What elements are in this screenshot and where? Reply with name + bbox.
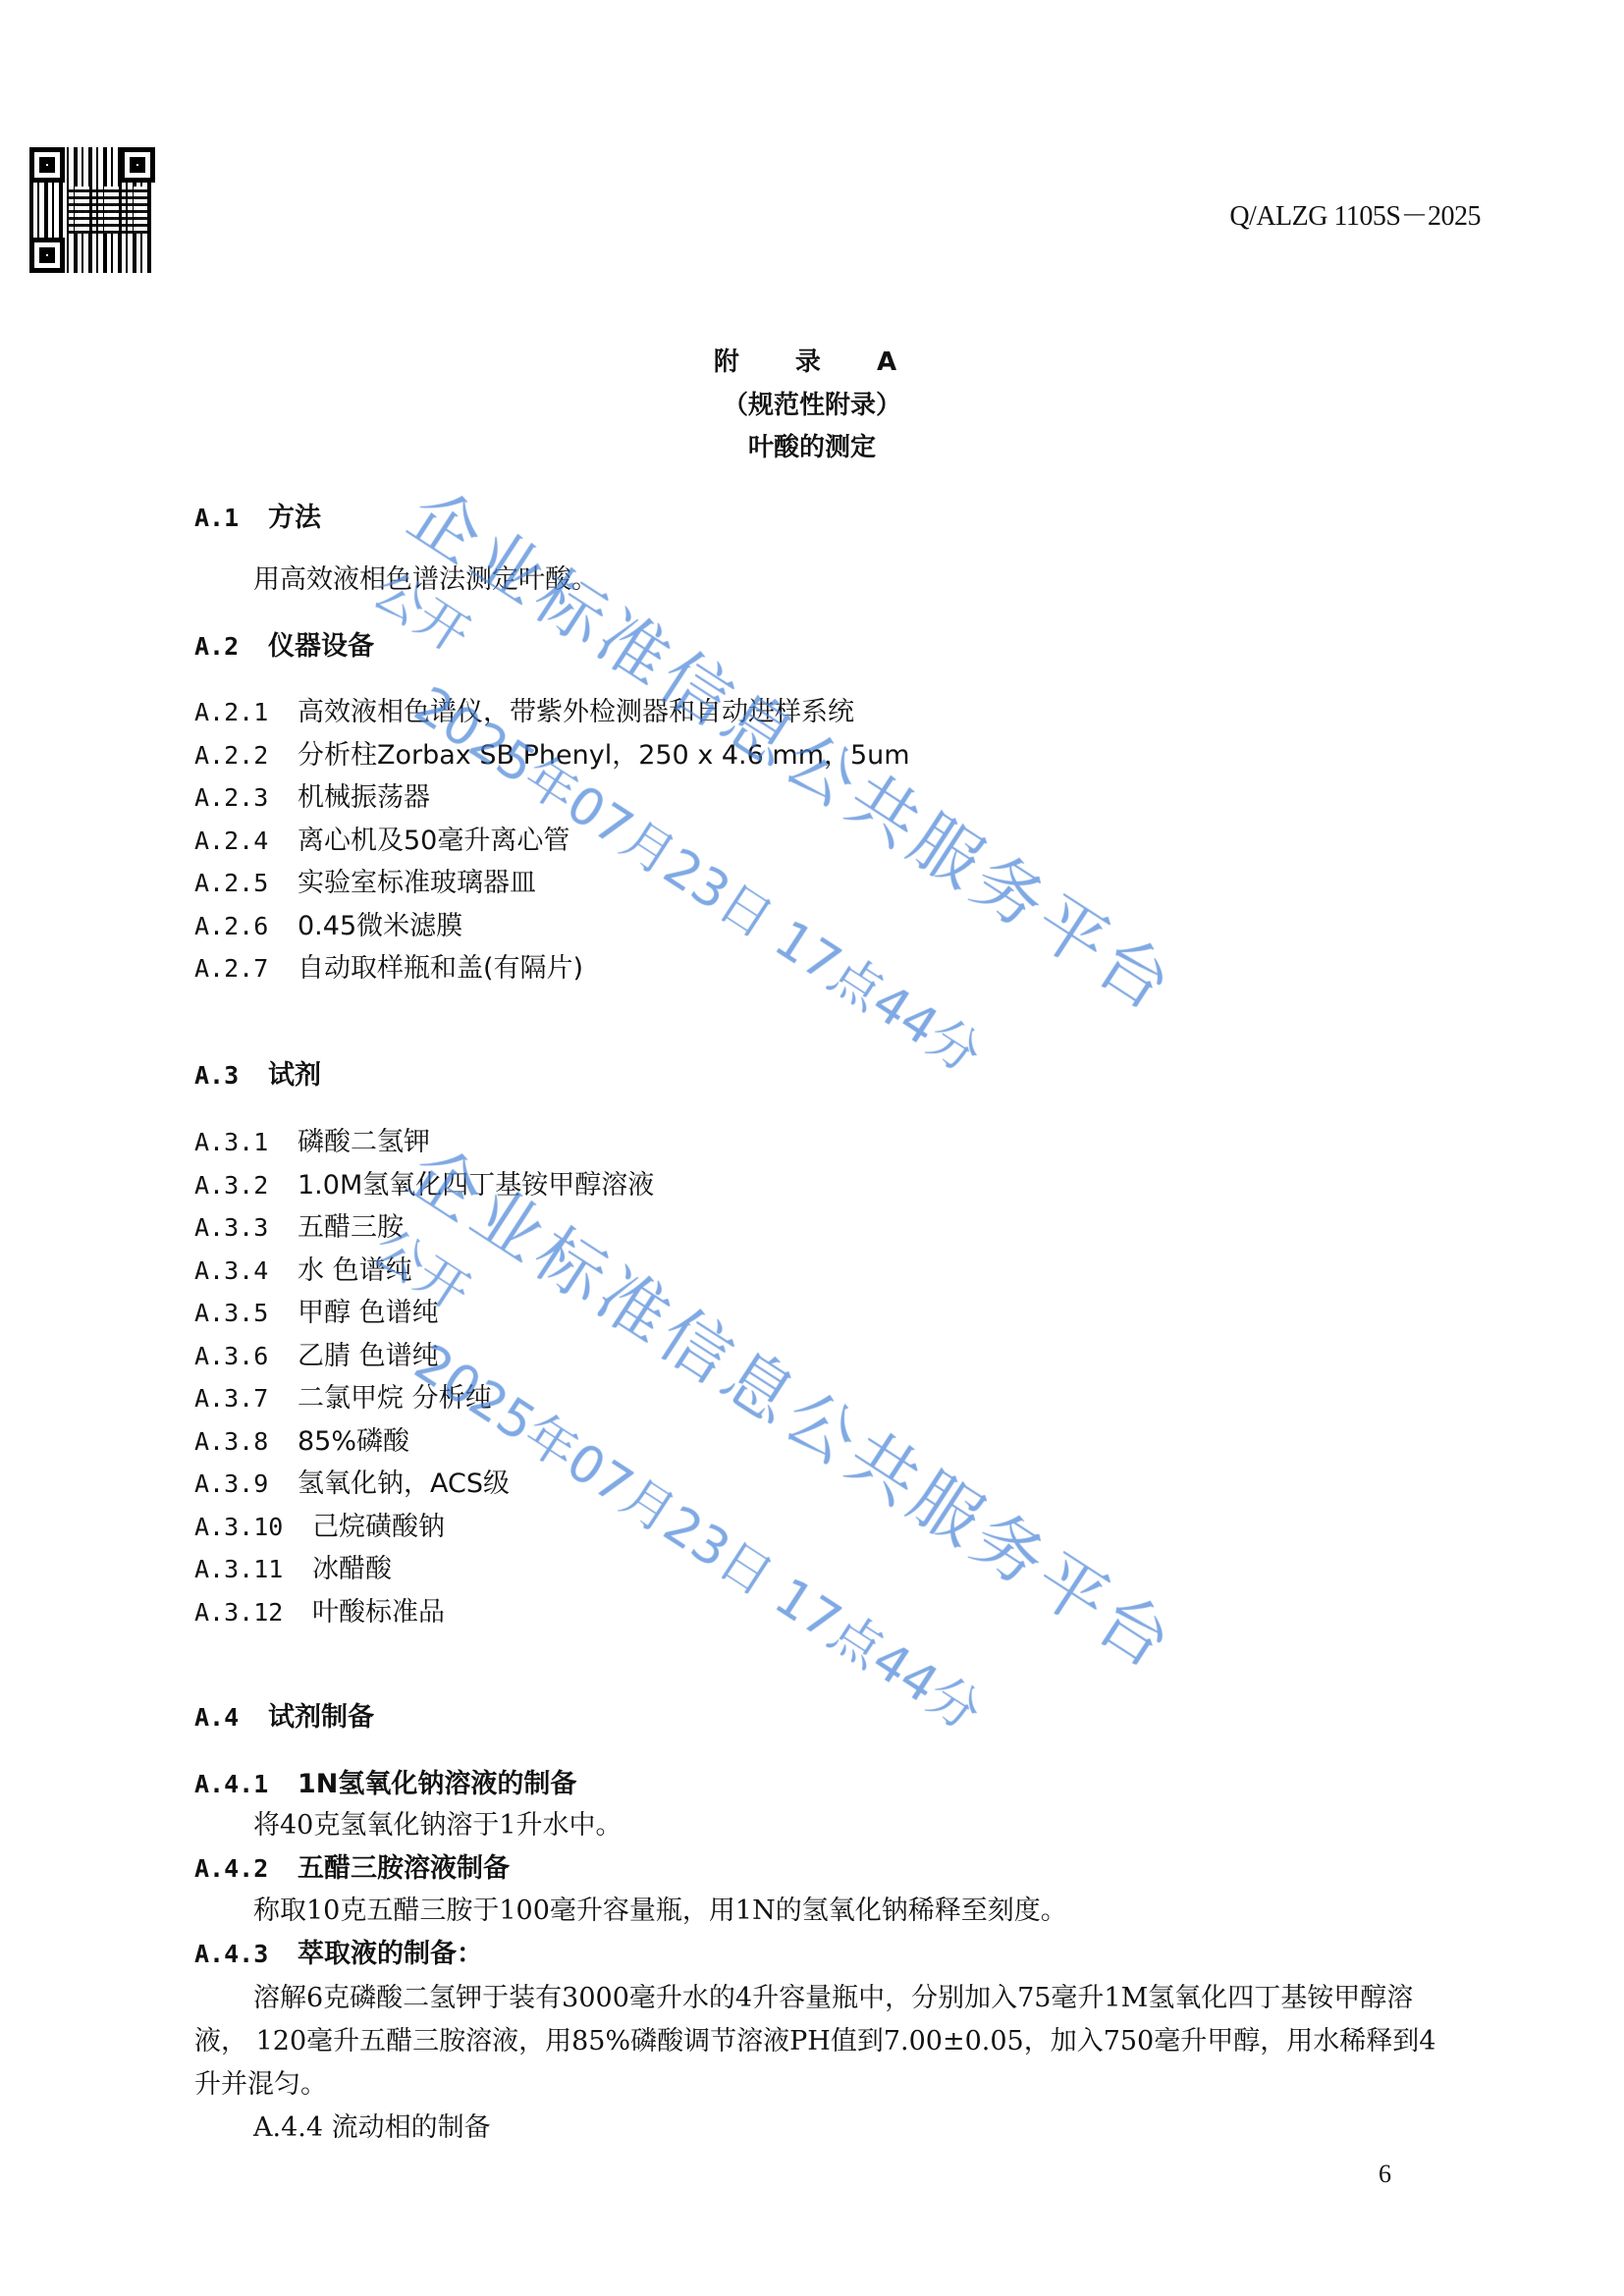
qr-modules <box>69 187 147 234</box>
item-number: A.2.1 <box>194 698 298 726</box>
item-text: 冰醋酸 <box>312 1554 392 1584</box>
list-item: A.3.885%磷酸 <box>194 1419 409 1458</box>
item-text: 实验室标准玻璃器皿 <box>298 868 536 898</box>
paragraph-line: 升并混匀。 <box>194 2062 327 2101</box>
section-number: A.2 <box>194 632 268 661</box>
section-heading-a4: A.4试剂制备 <box>194 1695 374 1734</box>
list-item: A.3.1磷酸二氢钾 <box>194 1120 430 1158</box>
subsection-body-a42: 称取10克五醋三胺于100毫升容量瓶，用1N的氢氧化钠稀释至刻度。 <box>253 1889 1067 1927</box>
watermark-line: 企业标准信息公共服务平台 <box>393 1119 1198 1689</box>
item-number: A.2.5 <box>194 869 298 897</box>
subsection-title: 萃取液的制备： <box>298 1939 483 1969</box>
subsection-body-a41: 将40克氢氧化钠溶于1升水中。 <box>253 1803 623 1842</box>
list-item: A.2.2分析柱Zorbax SB Phenyl，250 x 4.6 mm，5u… <box>194 733 910 772</box>
section-title: 试剂 <box>268 1060 321 1091</box>
item-number: A.3.2 <box>194 1171 298 1200</box>
list-item: A.2.3机械振荡器 <box>194 775 430 814</box>
item-text: 氢氧化钠，ACS级 <box>298 1468 510 1499</box>
list-item: A.2.1高效液相色谱仪，带紫外检测器和自动进样系统 <box>194 690 854 728</box>
item-text: 85%磷酸 <box>298 1426 409 1457</box>
list-item: A.3.6乙腈 色谱纯 <box>194 1334 439 1372</box>
section-title: 方法 <box>268 503 321 533</box>
item-text: 离心机及50毫升离心管 <box>298 826 569 856</box>
list-item: A.3.9氢氧化钠，ACS级 <box>194 1462 510 1500</box>
subsection-number: A.4.1 <box>194 1770 298 1798</box>
list-item: A.2.7自动取样瓶和盖(有隔片) <box>194 946 583 985</box>
item-text: 0.45微米滤膜 <box>298 911 462 941</box>
item-number: A.2.2 <box>194 741 298 770</box>
list-item: A.2.4离心机及50毫升离心管 <box>194 819 569 857</box>
qr-finder-pattern <box>120 147 155 183</box>
item-number: A.3.9 <box>194 1469 298 1498</box>
section-title: 试剂制备 <box>268 1702 374 1733</box>
list-item: A.3.10己烷磺酸钠 <box>194 1505 445 1543</box>
item-number: A.3.1 <box>194 1128 298 1156</box>
subsection-heading-a43: A.4.3萃取液的制备： <box>194 1932 483 1970</box>
document-page: Q/ALZG 1105S－2025 附 录 A （规范性附录） 叶酸的测定 A.… <box>0 0 1624 2296</box>
subsection-heading-a42: A.4.2五醋三胺溶液制备 <box>194 1846 510 1885</box>
list-item: A.3.4水 色谱纯 <box>194 1249 412 1287</box>
item-number: A.3.7 <box>194 1384 298 1413</box>
paragraph-line: 溶解6克磷酸二氢钾于装有3000毫升水的4升容量瓶中，分别加入75毫升1M氢氧化… <box>253 1976 1413 2014</box>
item-text: 高效液相色谱仪，带紫外检测器和自动进样系统 <box>298 697 854 727</box>
appendix-title: 附 录 A <box>0 342 1624 378</box>
section-heading-a2: A.2仪器设备 <box>194 624 374 663</box>
item-number: A.3.4 <box>194 1256 298 1285</box>
subsection-title: 五醋三胺溶液制备 <box>298 1853 510 1884</box>
item-text: 自动取样瓶和盖(有隔片) <box>298 953 583 984</box>
list-item: A.2.60.45微米滤膜 <box>194 904 462 942</box>
watermark-line: 2025年07月23日 17点44分 <box>404 1323 1104 1814</box>
list-item: A.3.7二氯甲烷 分析纯 <box>194 1376 492 1415</box>
item-number: A.2.7 <box>194 954 298 983</box>
item-text: 机械振荡器 <box>298 782 430 813</box>
page-number: 6 <box>1379 2160 1391 2189</box>
item-number: A.3.11 <box>194 1555 312 1583</box>
section-number: A.3 <box>194 1061 268 1090</box>
item-text: 五醋三胺 <box>298 1212 404 1243</box>
paragraph-line: 液， 120毫升五醋三胺溶液，用85%磷酸调节溶液PH值到7.00±0.05，加… <box>194 2019 1435 2057</box>
item-number: A.3.6 <box>194 1342 298 1370</box>
list-item: A.3.21.0M氢氧化四丁基铵甲醇溶液 <box>194 1163 654 1201</box>
item-number: A.3.3 <box>194 1213 298 1242</box>
section-title: 仪器设备 <box>268 631 374 662</box>
item-number: A.2.6 <box>194 912 298 940</box>
subsection-heading-a44: A.4.4 流动相的制备 <box>253 2106 491 2144</box>
subsection-heading-a41: A.4.11N氢氧化钠溶液的制备 <box>194 1762 576 1800</box>
item-number: A.2.3 <box>194 783 298 812</box>
subsection-title: 1N氢氧化钠溶液的制备 <box>298 1769 576 1799</box>
list-item: A.3.11冰醋酸 <box>194 1547 392 1585</box>
item-text: 水 色谱纯 <box>298 1255 412 1286</box>
item-text: 1.0M氢氧化四丁基铵甲醇溶液 <box>298 1170 654 1201</box>
item-text: 二氯甲烷 分析纯 <box>298 1383 492 1414</box>
item-text: 叶酸标准品 <box>312 1597 445 1628</box>
appendix-type: （规范性附录） <box>0 385 1624 421</box>
item-number: A.3.8 <box>194 1427 298 1456</box>
section-heading-a1: A.1方法 <box>194 496 321 534</box>
qr-code <box>29 147 155 273</box>
list-item: A.2.5实验室标准玻璃器皿 <box>194 861 536 899</box>
item-text: 分析柱Zorbax SB Phenyl，250 x 4.6 mm，5um <box>298 740 910 771</box>
subsection-number: A.4.3 <box>194 1940 298 1968</box>
list-item: A.3.12叶酸标准品 <box>194 1590 445 1629</box>
item-text: 甲醇 色谱纯 <box>298 1298 439 1328</box>
item-number: A.3.10 <box>194 1513 312 1541</box>
item-number: A.2.4 <box>194 827 298 855</box>
section-number: A.4 <box>194 1703 268 1732</box>
item-text: 磷酸二氢钾 <box>298 1127 430 1157</box>
item-number: A.3.5 <box>194 1299 298 1327</box>
subsection-number: A.4.2 <box>194 1854 298 1883</box>
item-number: A.3.12 <box>194 1598 312 1627</box>
standard-code: Q/ALZG 1105S－2025 <box>1229 194 1481 234</box>
list-item: A.3.5甲醇 色谱纯 <box>194 1291 439 1329</box>
item-text: 己烷磺酸钠 <box>312 1512 445 1542</box>
list-item: A.3.3五醋三胺 <box>194 1205 404 1244</box>
section-heading-a3: A.3试剂 <box>194 1053 321 1092</box>
section-number: A.1 <box>194 504 268 532</box>
appendix-subject: 叶酸的测定 <box>0 427 1624 463</box>
item-text: 乙腈 色谱纯 <box>298 1341 439 1371</box>
section-body-a1: 用高效液相色谱法测定叶酸。 <box>253 558 598 596</box>
